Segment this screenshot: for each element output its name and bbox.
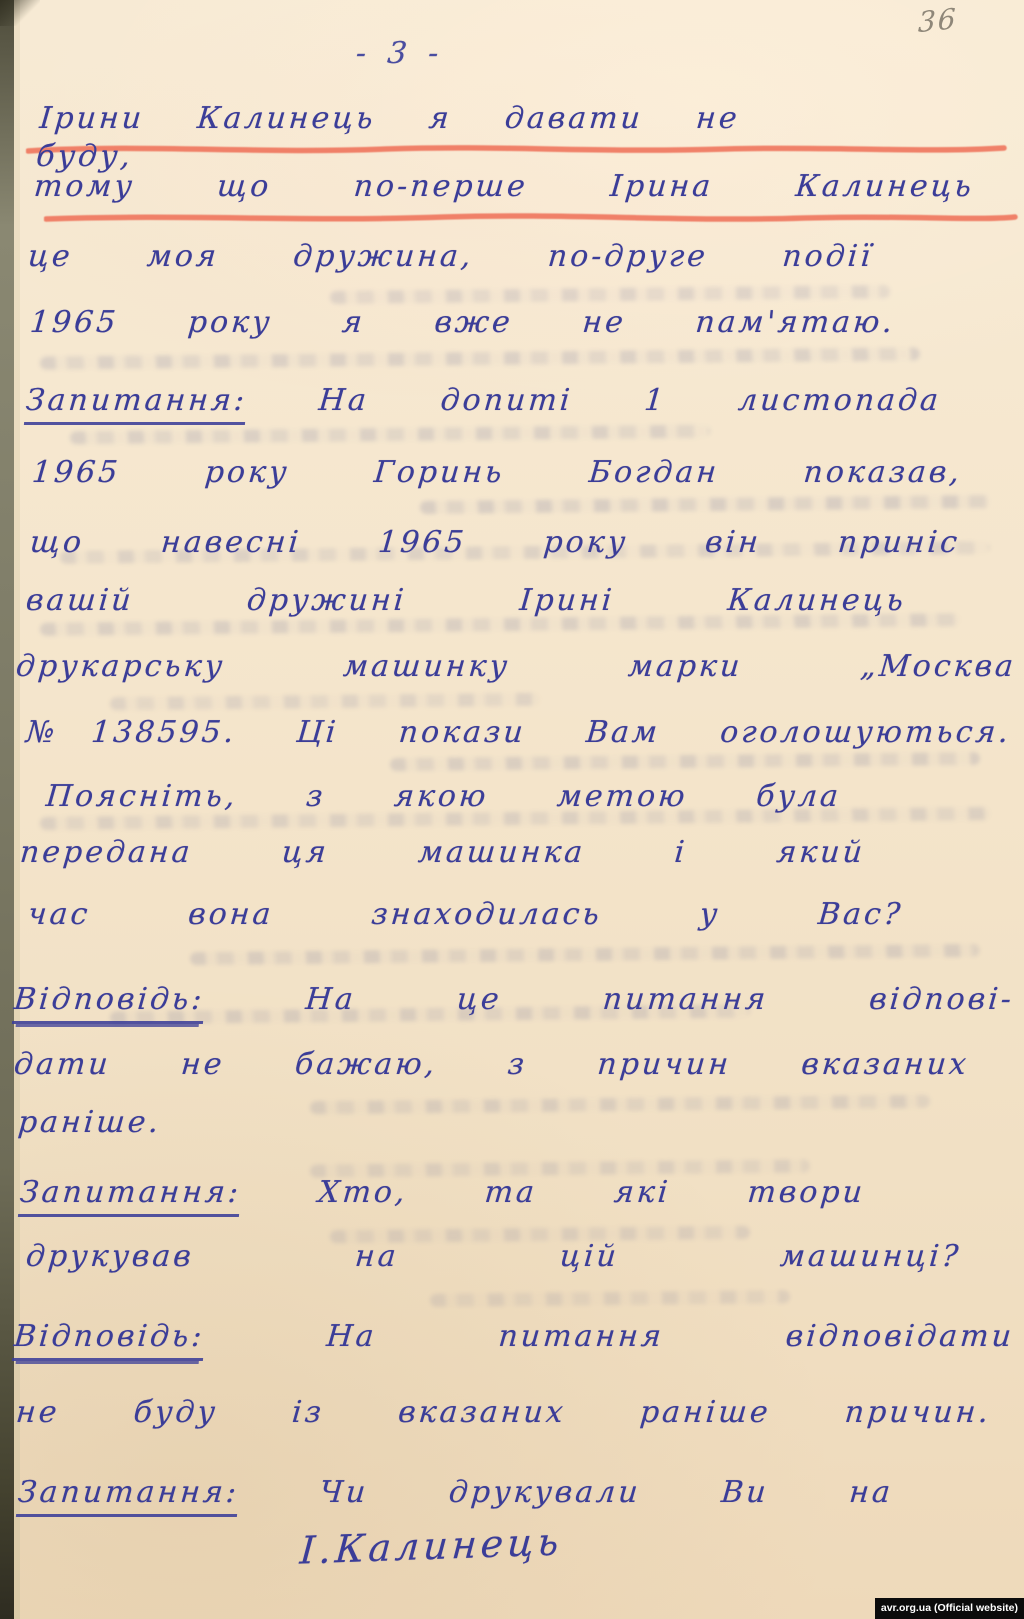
bleedthrough-smudge (310, 1095, 930, 1114)
bleedthrough-smudge (110, 693, 540, 711)
document-page: - 3 - 36 Ірини Калинець я давати не буду… (0, 0, 1024, 1619)
line-text: Чи друкували Ви на (318, 1475, 894, 1510)
line-text: На питання відповідати (325, 1319, 1016, 1354)
handwritten-line: дати не бажаю, з причин вказаних (12, 1046, 970, 1084)
handwritten-line: 1965 року я вже не пам'ятаю. (28, 304, 896, 342)
binding-edge (0, 0, 14, 1619)
line-text: 1965 року я вже не пам'ятаю. (28, 305, 896, 340)
line-text: Хто, та які твори (317, 1175, 867, 1210)
handwritten-line: час вона знаходилась у Вас? (26, 896, 904, 934)
handwritten-line: Ірини Калинець я давати не буду, (35, 100, 742, 175)
line-text: вашій дружині Ірині Калинець (24, 583, 907, 618)
line-text: №138595. Ці покази Вам оголошуються. (24, 715, 1012, 750)
bleedthrough-smudge (190, 944, 980, 965)
handwritten-line: Поясніть, з якою метою була (44, 778, 842, 816)
handwritten-line: Запитання: Чи друкували Ви на (16, 1474, 894, 1512)
line-text: тому що по-перше Ірина Калинець (32, 169, 975, 204)
handwritten-line: тому що по-перше Ірина Калинець (32, 168, 975, 206)
line-text: час вона знаходилась у Вас? (26, 897, 904, 932)
handwritten-line: раніше. (16, 1104, 179, 1142)
handwritten-line: це моя дружина, по-друге події (26, 238, 874, 276)
line-text: що навесні 1965 року він приніс (28, 525, 961, 560)
corner-shadow (0, 0, 40, 26)
handwritten-line: друкарську машинку марки „Москва (14, 648, 1017, 686)
line-text: На допиті 1 листопада (317, 383, 942, 418)
line-text: не буду із вказаних раніше причин. (14, 1395, 992, 1430)
line-text: Поясніть, з якою метою була (44, 779, 842, 814)
question-label: Запитання: (24, 383, 249, 425)
bleedthrough-smudge (40, 347, 920, 369)
bleedthrough-smudge (330, 285, 890, 304)
handwritten-line: що навесні 1965 року він приніс (28, 524, 961, 562)
signature: І.Калинець (299, 1519, 564, 1572)
line-text: 1965 року Горинь Богдан показав, (30, 455, 963, 490)
bleedthrough-smudge (70, 425, 710, 445)
line-text: Ірини Калинець я давати не буду, (35, 101, 741, 174)
question-label: Запитання: (16, 1475, 241, 1517)
line-text: раніше. (16, 1105, 162, 1140)
handwritten-line: друкував на цій машинці? (24, 1238, 962, 1276)
handwritten-line: Відповідь: На це питання відпові- (12, 981, 1015, 1019)
handwritten-line: Запитання: Хто, та які твори (18, 1174, 866, 1212)
handwritten-line: передана ця машинка і який (18, 834, 866, 872)
watermark-label: avr.org.ua (Official website) (875, 1598, 1024, 1619)
red-underline (44, 210, 1019, 228)
binding-edge-sliver (14, 0, 20, 1619)
line-text: друкарську машинку марки „Москва (14, 649, 1017, 684)
line-text: передана ця машинка і який (18, 835, 866, 870)
handwritten-line: Запитання: На допиті 1 листопада (24, 382, 942, 420)
line-text: дати не бажаю, з причин вказаних (12, 1047, 970, 1082)
bleedthrough-smudge (390, 752, 980, 771)
archive-folio-number: 36 (918, 2, 959, 39)
handwritten-line: №138595. Ці покази Вам оголошуються. (24, 714, 1012, 752)
line-text: це моя дружина, по-друге події (26, 239, 874, 274)
bleedthrough-smudge (430, 1290, 790, 1307)
page-number: - 3 - (354, 36, 446, 71)
answer-label: Відповідь: (12, 1319, 206, 1361)
bleedthrough-smudge (420, 495, 990, 514)
handwritten-line: не буду із вказаних раніше причин. (14, 1394, 992, 1432)
line-text: На це питання відпові- (304, 982, 1015, 1017)
line-text: друкував на цій машинці? (24, 1239, 962, 1274)
answer-label: Відповідь: (12, 982, 206, 1024)
handwritten-line: вашій дружині Ірині Калинець (24, 582, 907, 620)
handwritten-line: 1965 року Горинь Богдан показав, (30, 454, 963, 492)
handwritten-line: Відповідь: На питання відповідати (12, 1318, 1015, 1356)
question-label: Запитання: (18, 1175, 243, 1217)
